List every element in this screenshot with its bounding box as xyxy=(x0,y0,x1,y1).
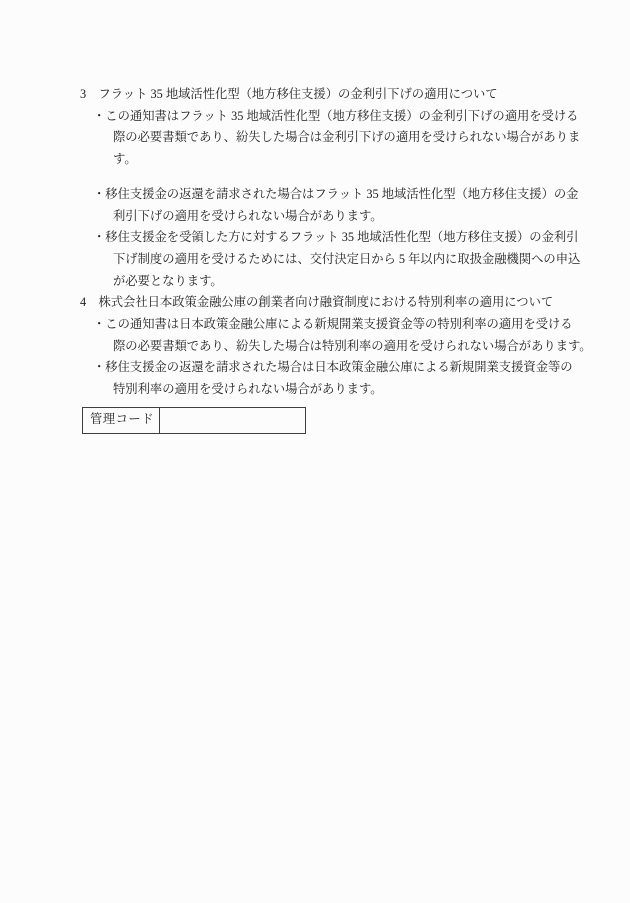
continuation-line: が必要となります。 xyxy=(0,271,630,293)
bullet-line: ・この通知書は日本政策金融公庫による新規開業支援資金等の特別利率の適用を受ける xyxy=(0,314,630,336)
bullet-line: ・移住支援金の返還を請求された場合はフラット 35 地域活性化型（地方移住支援）… xyxy=(0,184,630,206)
continuation-line: 利引下げの適用を受けられない場合があります。 xyxy=(0,206,630,228)
blank-line xyxy=(0,171,630,184)
admin-code-table: 管理コード xyxy=(82,407,306,434)
document-page: 3 フラット 35 地域活性化型（地方移住支援）の金利引下げの適用について ・こ… xyxy=(0,0,630,903)
continuation-line: す。 xyxy=(0,149,630,171)
bullet-line: ・移住支援金の返還を請求された場合は日本政策金融公庫による新規開業支援資金等の xyxy=(0,357,630,379)
admin-code-row: 管理コード xyxy=(83,407,306,433)
continuation-line: 下げ制度の適用を受けるためには、交付決定日から 5 年以内に取扱金融機関への申込 xyxy=(0,249,630,271)
document-body: 3 フラット 35 地域活性化型（地方移住支援）の金利引下げの適用について ・こ… xyxy=(0,84,630,434)
admin-code-label-cell: 管理コード xyxy=(83,407,160,433)
continuation-line: 際の必要書類であり、紛失した場合は金利引下げの適用を受けられない場合がありま xyxy=(0,127,630,149)
continuation-line: 特別利率の適用を受けられない場合があります。 xyxy=(0,379,630,401)
admin-code-value-cell xyxy=(160,407,306,433)
bullet-line: ・移住支援金を受領した方に対するフラット 35 地域活性化型（地方移住支援）の金… xyxy=(0,227,630,249)
section-4-heading-line: 4 株式会社日本政策金融公庫の創業者向け融資制度における特別利率の適用について xyxy=(0,292,630,314)
section-3-heading-line: 3 フラット 35 地域活性化型（地方移住支援）の金利引下げの適用について xyxy=(0,84,630,106)
bullet-line: ・この通知書はフラット 35 地域活性化型（地方移住支援）の金利引下げの適用を受… xyxy=(0,106,630,128)
continuation-line: 際の必要書類であり、紛失した場合は特別利率の適用を受けられない場合があります。 xyxy=(0,336,630,358)
